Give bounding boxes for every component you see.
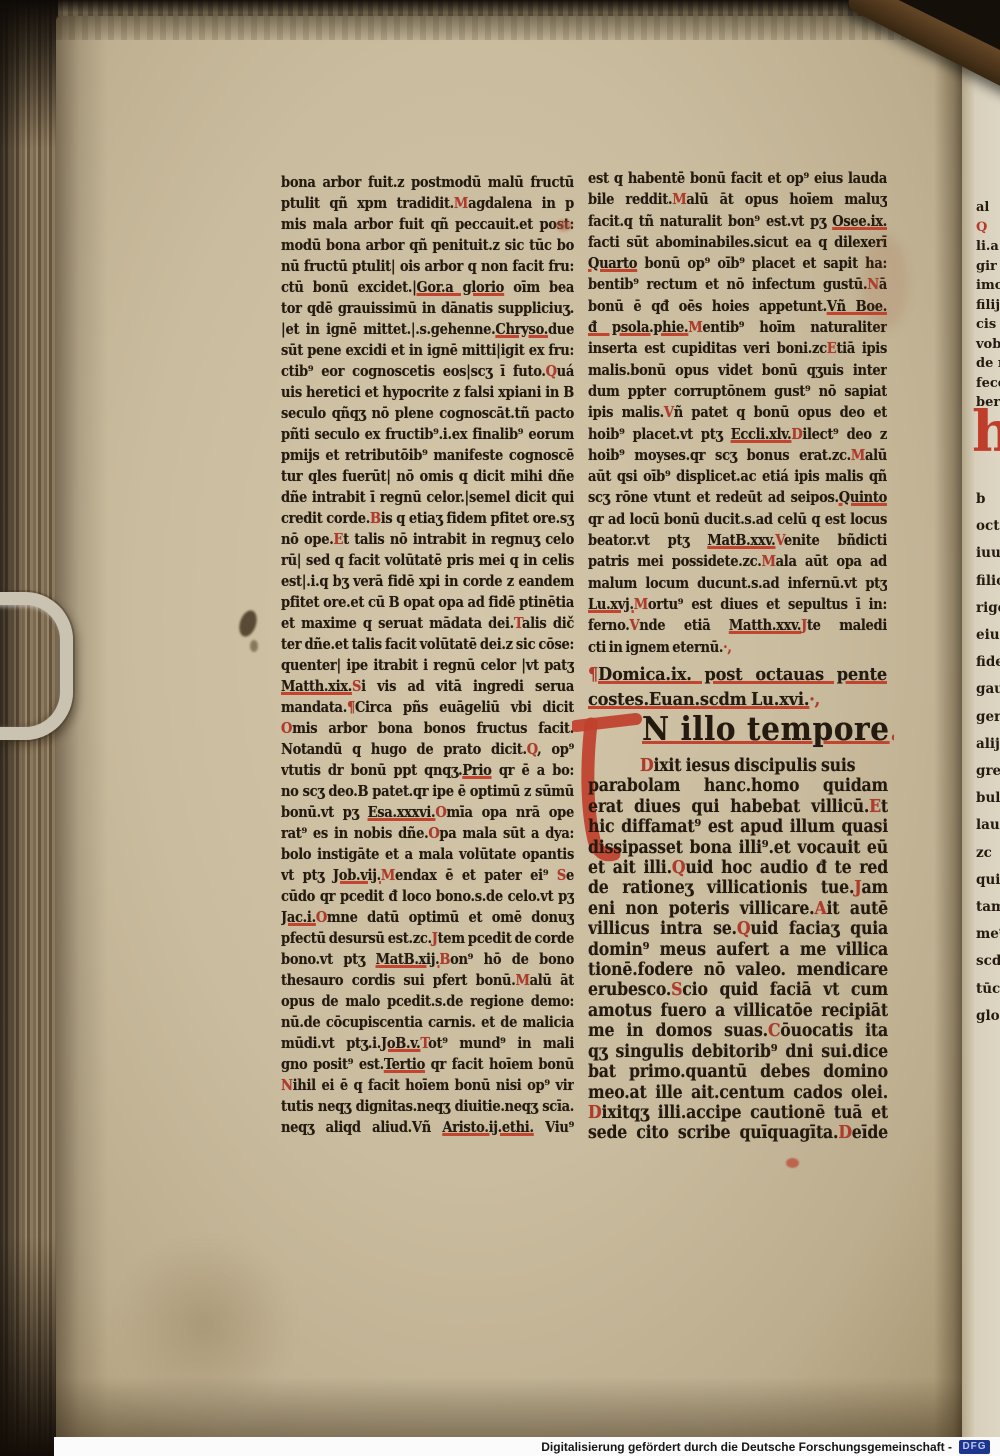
text-line: gir: [976, 257, 1000, 277]
text-line: Nihil ei ē q facit hoīem bonū nisi op⁹ v…: [281, 1075, 574, 1096]
text-line: seculo qñqʒ nō plene cognoscāt.tñ pacto: [281, 403, 574, 424]
digitized-book-scan: bona arbor fuit.z postmodū malū fructūpt…: [0, 0, 1000, 1456]
text-line: me in domos suas.Cōuocatis ita: [588, 1021, 888, 1041]
facing-page-text-fragments: alQli.agirimofilijcisvobde nfecebern: [976, 198, 1000, 413]
text-line: ¶Domica.ix. post octauas pente: [588, 662, 887, 687]
facing-page-red-initial: h: [972, 404, 1000, 460]
text-line: est q habentē bonū facit et op⁹ eius lau…: [588, 168, 887, 189]
text-line: Omis arbor bona bonos fructus facit.: [281, 718, 574, 739]
text-line: bonū.vt pʒ Esa.xxxvi.Omīa opa nrā ope: [281, 802, 574, 823]
text-line: nū fructū ptulit| ois arbor q non facit …: [281, 256, 574, 277]
text-line: quia: [976, 867, 1000, 894]
text-line: erubesco.Scio quid faciā vt cum: [588, 980, 888, 1000]
left-text-column: bona arbor fuit.z postmodū malū fructūpt…: [281, 172, 574, 1142]
text-line: filij: [976, 296, 1000, 316]
text-line: pñti seculo ex fructib⁹.i.ex finalib⁹ eo…: [281, 424, 574, 445]
text-line: dissipasset bona illi⁹.et vocauit eū: [588, 838, 888, 858]
text-line: et maxime q seruat mādata dei.Talis dič: [281, 613, 574, 634]
text-line: eiu⁹: [976, 622, 1000, 649]
text-line: gerie: [976, 704, 1000, 731]
text-line: amotus fuero a villicatōe recipiāt: [588, 1001, 888, 1021]
text-line: sūt pene excidi et in ignē mitti|igit ex…: [281, 340, 574, 361]
text-line: fide: [976, 649, 1000, 676]
text-line: patris mei possidete.zc.Mala aūt opa ad: [588, 551, 887, 572]
right-text-column: est q habentē bonū facit et op⁹ eius lau…: [588, 168, 887, 660]
text-line: no scʒ deo.B patet.qr ipe ē optimū z sūm…: [281, 781, 574, 802]
text-line: bolo instigāte et a mala volūtate opanti…: [281, 844, 574, 865]
text-line: aūt qsi oīb⁹ displicet.ac etiá ipis mali…: [588, 466, 887, 487]
text-line: gaud: [976, 676, 1000, 703]
text-line: alijs: [976, 731, 1000, 758]
text-line: meo.at ille ait.centum cados olei.: [588, 1083, 888, 1103]
text-line: Dixit iesus discipulis suis: [588, 756, 888, 776]
text-line: Lu.xvj.Mortu⁹ est diues et sepultus ī in…: [588, 594, 887, 615]
text-line: tionē.fodere nō valeo. mendicare: [588, 960, 888, 980]
text-line: tur qles fuerūt| nō omis q dicit mihi dñ…: [281, 466, 574, 487]
metal-clasp: [0, 592, 73, 740]
text-line: Notandū q hugo de prato dicit.Q, op⁹: [281, 739, 574, 760]
text-line: scdʒ: [976, 948, 1000, 975]
text-line: pmijs et retributōib⁹ manifeste cognoscē: [281, 445, 574, 466]
text-line: mūdi.vt ptʒ.i.JoB.v.Tot⁹ mund⁹ in mali: [281, 1033, 574, 1054]
text-line: pfectū desursū est.zc.Jtem pcedit de cor…: [281, 928, 574, 949]
text-line: hic diffamat⁹ est apud illum quasi: [588, 817, 888, 837]
text-line: qr ad locū bonū ducit.s.ad celū q est lo…: [588, 509, 887, 530]
text-line: et ait illi.Quid hoc audio đ te red: [588, 858, 888, 878]
text-line: tor qdē grauissimū in dānatis suppliciuʒ…: [281, 298, 574, 319]
text-line: b: [976, 486, 1000, 513]
text-line: scʒ rōne vtunt et redeūt ad seipos.Quint…: [588, 487, 887, 508]
text-line: vob: [976, 335, 1000, 355]
text-line: tam: [976, 894, 1000, 921]
text-line: Q: [976, 218, 1000, 238]
text-line: villicus intra se.Quid faciaʒ quia: [588, 919, 888, 939]
page-crease: [934, 14, 964, 1437]
text-line: malum locum ducunt.s.ad infernū.vt ptʒ: [588, 573, 887, 594]
text-line: filio: [976, 568, 1000, 595]
text-line: rigere: [976, 595, 1000, 622]
text-line: dum ppter corruptōnem gust⁹ nō sapiat: [588, 381, 887, 402]
text-line: octob: [976, 513, 1000, 540]
text-line: sede cito scribe quīquagīta.Deīde: [588, 1123, 888, 1143]
text-line: pfitet ore.et cū B opat opa ad fidē ptin…: [281, 592, 574, 613]
text-line: Dixitqʒ illi.accipe cautionē tuā et: [588, 1103, 888, 1123]
text-line: gre: [976, 758, 1000, 785]
text-line: opus de malo pcedit.s.de regione demo:: [281, 991, 574, 1012]
text-line: bonū ē qđ oēs hoies appetunt.Vñ Boe.: [588, 296, 887, 317]
text-line: neqʒ aliqd aliud.Vñ Aristo.ij.ethi. Viu⁹: [281, 1117, 574, 1138]
text-line: bile reddit.Malū āt opus hoīem maluʒ: [588, 189, 887, 210]
text-line: quenter| ipe itrabit i regnū celor |vt p…: [281, 655, 574, 676]
text-line: erat diues qui habebat villicū.Et: [588, 797, 888, 817]
text-line: Matth.xix.Si vis ad vitā ingredi serua: [281, 676, 574, 697]
text-line: tūc: [976, 976, 1000, 1003]
text-line: bono.vt ptʒ MatB.xij.Bon⁹ hō de bono: [281, 949, 574, 970]
text-line: facti sūt abominabiles.sicut ea q dilexe…: [588, 232, 887, 253]
text-line: gno posit⁹ est.Tertio qr facit hoīem bon…: [281, 1054, 574, 1075]
dfg-logo: DFG: [959, 1440, 990, 1454]
text-line: N illo tempore.: [642, 708, 894, 750]
text-line: ter dñe.et talis facit volūtatē dei.z si…: [281, 634, 574, 655]
text-line: al: [976, 198, 1000, 218]
text-line: facit.q tñ naturalit bon⁹ est.vt pʒ Osee…: [588, 211, 887, 232]
text-line: ptulit qñ xpm tradidit.Magdalena in p: [281, 193, 574, 214]
text-line: ctū bonū excidet.|Gor.a glorio oīm bea: [281, 277, 574, 298]
text-line: ferno.Vnde etiā Matth.xxv.Jte maledi: [588, 615, 887, 636]
text-line: zc: [976, 840, 1000, 867]
text-line: modū bona arbor qñ penituit.z sic tūc bo: [281, 235, 574, 256]
text-line: malis.bonū opus videt bonū qʒuis inter: [588, 360, 887, 381]
section-heading: ¶Domica.ix. post octauas pentecostes.Eua…: [588, 662, 887, 714]
gospel-incipit: N illo tempore.: [642, 708, 894, 754]
text-line: inserta est cupiditas veri boni.zcEtiā i…: [588, 338, 887, 359]
text-line: rū| sed q facit volūtatē pris mei q in c…: [281, 550, 574, 571]
text-line: de n: [976, 354, 1000, 374]
text-line: nū.de cōcupiscentia carnis. et de malici…: [281, 1012, 574, 1033]
text-line: mis mala arbor fuit qñ peccauit.et post:: [281, 214, 574, 235]
gospel-text-column: Dixit iesus discipulis suisparabolam han…: [588, 756, 888, 1148]
text-line: li.a: [976, 237, 1000, 257]
text-line: vt ptʒ Job.vij.Mendax ē et pater ei⁹ Se: [281, 865, 574, 886]
footer-credit-bar: Digitalisierung gefördert durch die Deut…: [54, 1437, 1000, 1456]
facing-page-text-fragments: boctobiuuīfiliorigereeiu⁹fidegaudgerieal…: [976, 486, 1000, 1030]
text-line: Jac.i.Omne datū optimū et omē donuʒ: [281, 907, 574, 928]
text-line: cis: [976, 315, 1000, 335]
text-line: me⁹: [976, 921, 1000, 948]
text-line: thesauro cordis sui pfert bonū.Malū āt: [281, 970, 574, 991]
text-line: imo: [976, 276, 1000, 296]
text-line: glo: [976, 1003, 1000, 1030]
text-line: iuuī: [976, 540, 1000, 567]
text-line: bona arbor fuit.z postmodū malū fructū: [281, 172, 574, 193]
text-line: fece: [976, 374, 1000, 394]
text-line: est|.i.q bʒ verā fidē xpi in corde z ean…: [281, 571, 574, 592]
text-line: credit corde.Bis q etiaʒ fidem pfitet or…: [281, 508, 574, 529]
gutter-shadow: [56, 16, 108, 1437]
text-line: qʒ singulis debitorib⁹ dni sui.dice: [588, 1042, 888, 1062]
text-line: ctib⁹ eor cognoscetis eos|scʒ ī futo.Quá: [281, 361, 574, 382]
text-line: nō ope.Et talis nō intrabit in regnuʒ ce…: [281, 529, 574, 550]
text-line: mandata.¶Circa pñs euāgeliū vbi dicit: [281, 697, 574, 718]
text-line: cti in ignem eternū.·,: [588, 637, 887, 658]
text-line: eni non poteris villicare.Ait autē: [588, 899, 888, 919]
text-line: tutis neqʒ dignitas.neqʒ diuitie.neqʒ sc…: [281, 1096, 574, 1117]
text-line: Quarto bonū op⁹ oīb⁹ placet et sapit ha:: [588, 253, 887, 274]
text-line: parabolam hanc.homo quidam: [588, 776, 888, 796]
text-line: ipis malis.Vñ patet q bonū opus deo et: [588, 402, 887, 423]
text-line: beator.vt ptʒ MatB.xxv.Venite bñdicti: [588, 530, 887, 551]
text-line: rat⁹ es in nobis dñe.Opa mala sūt a dya:: [281, 823, 574, 844]
text-line: uis heretici et hypocrite z falsi xpiani…: [281, 382, 574, 403]
text-line: bula: [976, 785, 1000, 812]
text-line: vtutis dr bonū ppt qnqʒ.Prio qr ē a bo:: [281, 760, 574, 781]
credit-text: Digitalisierung gefördert durch die Deut…: [541, 1440, 952, 1454]
text-line: bentib⁹ rectum et nō infectum gustū.Nā: [588, 274, 887, 295]
text-line: hoib⁹ placet.vt ptʒ Eccli.xlv.Dilect⁹ de…: [588, 424, 887, 445]
text-line: domin⁹ meus aufert a me villica: [588, 940, 888, 960]
text-line: laudā: [976, 812, 1000, 839]
text-line: đ psola.phie.Mentib⁹ hoīm naturaliter: [588, 317, 887, 338]
text-line: bat primo.quantū debes domino: [588, 1062, 888, 1082]
text-line: dñe intrabit ī regnū celor.|semel dicit …: [281, 487, 574, 508]
text-line: de rationeʒ villicationis tue.Jam: [588, 878, 888, 898]
text-line: |et in ignē mittet.|.s.gehenne.Chryso.du…: [281, 319, 574, 340]
text-line: hoib⁹ moyses.qr scʒ bonus erat.zc.Malū: [588, 445, 887, 466]
text-line: cūdo qr pcedit đ loco bono.s.de celo.vt …: [281, 886, 574, 907]
